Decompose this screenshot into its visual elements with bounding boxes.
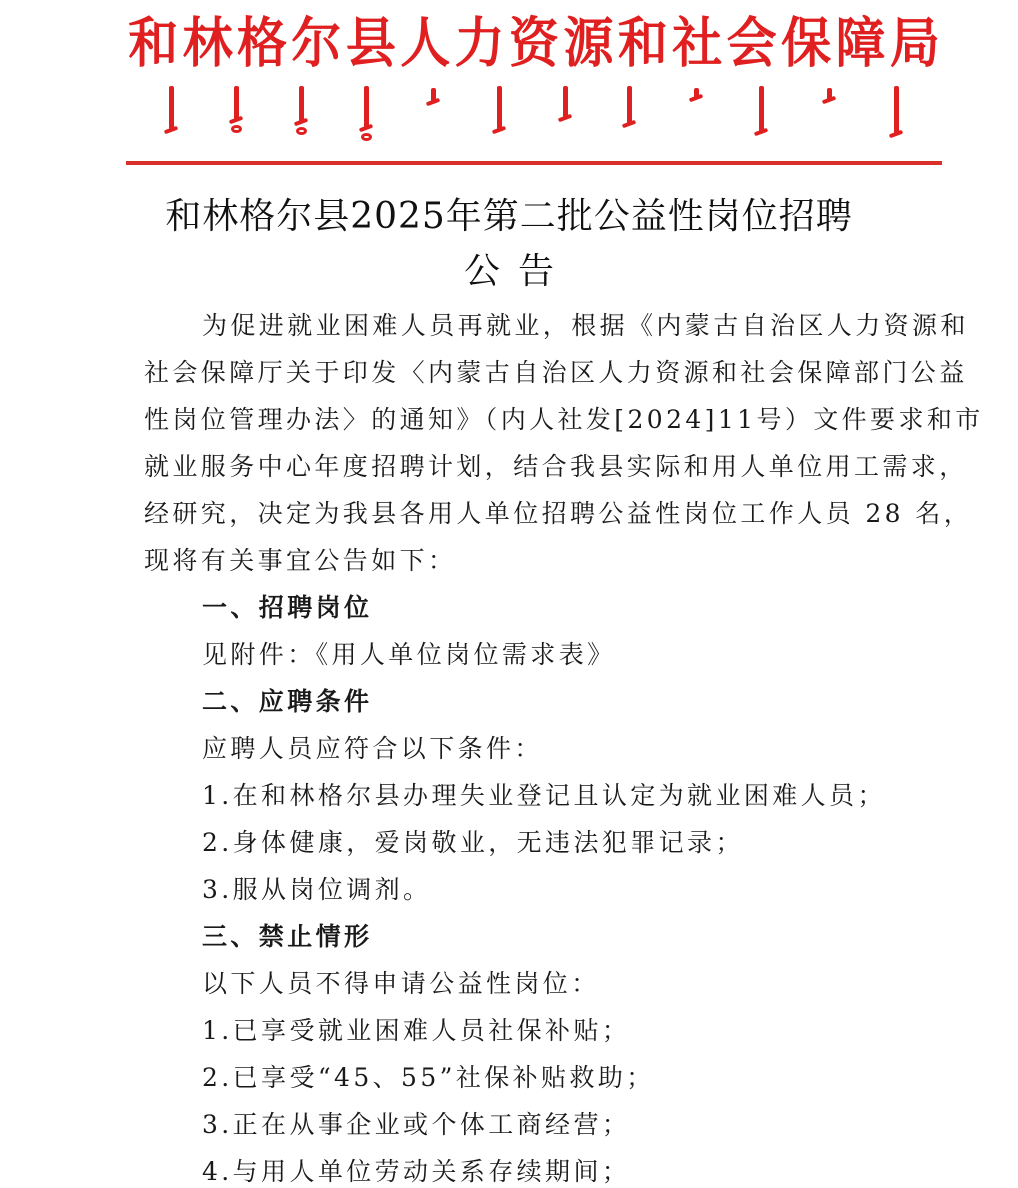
letterhead-mongolian-name xyxy=(150,86,930,142)
intro-line: 社会保障厅关于印发〈内蒙古自治区人力资源和社会保障部门公益 xyxy=(144,349,934,396)
prohibition-item: 4.与用人单位劳动关系存续期间； xyxy=(144,1148,934,1188)
section-line: 应聘人员应符合以下条件： xyxy=(144,725,934,772)
intro-line: 为促进就业困难人员再就业，根据《内蒙古自治区人力资源和 xyxy=(144,302,934,349)
mongolian-word-glyph xyxy=(290,86,312,135)
requirement-item: 3.服从岗位调剂。 xyxy=(144,866,934,913)
mongolian-word-glyph xyxy=(488,86,510,132)
mongolian-word-glyph xyxy=(554,86,576,120)
letterhead-char: 力 xyxy=(452,7,506,78)
document-title-suffix: 公告 xyxy=(0,243,1018,294)
mongolian-word-glyph xyxy=(355,86,377,141)
intro-line: 性岗位管理办法〉的通知》（内人社发[2024]11号）文件要求和市 xyxy=(144,396,934,443)
mongolian-word-glyph xyxy=(750,86,772,134)
intro-line: 现将有关事宜公告如下： xyxy=(144,537,934,584)
letterhead-char: 会 xyxy=(724,7,778,78)
mongolian-word-glyph xyxy=(685,88,707,100)
letterhead-char: 资 xyxy=(507,7,561,78)
prohibition-item: 1.已享受就业困难人员社保补贴； xyxy=(144,1007,934,1054)
section-line: 以下人员不得申请公益性岗位： xyxy=(144,960,934,1007)
mongolian-word-glyph xyxy=(160,86,182,132)
requirement-item: 2.身体健康，爱岗敬业，无违法犯罪记录； xyxy=(144,819,934,866)
letterhead-char: 保 xyxy=(779,7,833,78)
letterhead-char: 社 xyxy=(670,7,724,78)
mongolian-word-glyph xyxy=(885,86,907,136)
mongolian-word-glyph xyxy=(618,86,640,126)
mongolian-word-glyph xyxy=(225,86,247,133)
letterhead-char: 和 xyxy=(616,7,670,78)
letterhead-char: 源 xyxy=(561,7,615,78)
letterhead-char: 人 xyxy=(398,7,452,78)
prohibition-item: 3.正在从事企业或个体工商经营； xyxy=(144,1101,934,1148)
mongolian-word-glyph xyxy=(818,88,840,102)
letterhead-char: 格 xyxy=(235,7,289,78)
letterhead-red-rule xyxy=(126,161,942,165)
letterhead-char: 和 xyxy=(126,7,180,78)
letterhead-char: 尔 xyxy=(289,7,343,78)
mongolian-word-glyph xyxy=(422,88,444,104)
letterhead-char: 县 xyxy=(344,7,398,78)
prohibition-item: 2.已享受“45、55”社保补贴救助； xyxy=(144,1054,934,1101)
intro-line: 经研究，决定为我县各用人单位招聘公益性岗位工作人员 28 名， xyxy=(144,490,934,537)
requirement-item: 1.在和林格尔县办理失业登记且认定为就业困难人员； xyxy=(144,772,934,819)
letterhead-char: 局 xyxy=(888,7,942,78)
letterhead-org-name: 和林格尔县人力资源和社会保障局 xyxy=(126,10,942,76)
document-body: 为促进就业困难人员再就业，根据《内蒙古自治区人力资源和 社会保障厅关于印发〈内蒙… xyxy=(144,302,934,1188)
letterhead-char: 林 xyxy=(180,7,234,78)
document-page: 和林格尔县人力资源和社会保障局 和林格尔县2025年第二批公益性岗位招聘 公告 … xyxy=(0,0,1018,1188)
section-heading-requirements: 二、应聘条件 xyxy=(144,678,934,725)
letterhead-char: 障 xyxy=(833,7,887,78)
section-line: 见附件：《用人单位岗位需求表》 xyxy=(144,631,934,678)
document-title: 和林格尔县2025年第二批公益性岗位招聘 xyxy=(0,188,1018,239)
intro-line: 就业服务中心年度招聘计划，结合我县实际和用人单位用工需求， xyxy=(144,443,934,490)
section-heading-prohibitions: 三、禁止情形 xyxy=(144,913,934,960)
section-heading-positions: 一、招聘岗位 xyxy=(144,584,934,631)
